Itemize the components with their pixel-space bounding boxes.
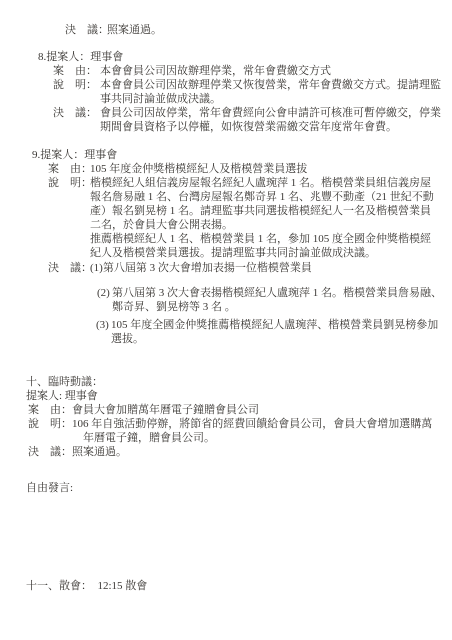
proposal-9-subject: 案 由： 105 年度金仲獎楷模經紀人及楷模營業員選拔 — [48, 162, 452, 176]
motion-resolution: 決 議： 照案通過。 — [28, 445, 452, 459]
subject-label: 案 由： — [48, 162, 90, 176]
proposal-9-header: 9.提案人：理事會 — [32, 148, 452, 162]
motions-header-text: 十、臨時動議： — [26, 375, 452, 389]
resolution-label: 決 議： — [48, 261, 90, 275]
subject-text: 會員大會加贈萬年曆電子鐘贈會員公司 — [72, 403, 452, 417]
explanation-text: 本會會員公司因故辦理停業又恢復營業，常年會費繳交方式。提請理監 事共同討論並做成… — [100, 78, 452, 106]
list-number: (3) — [96, 318, 111, 332]
resolution-label: 決 議： — [28, 445, 72, 459]
resolution-text: 照案通過。 — [72, 445, 452, 459]
adjournment-text: 十一、散會： 12:15 散會 — [26, 579, 452, 593]
motion-proposer: 提案人: 理事會 — [26, 389, 452, 403]
free-speech-text: 自由發言: — [26, 481, 452, 495]
proposal-9-resolution-item-3: (3) 105 年度全國金仲獎推薦楷模經紀人盧琬萍、楷模營業員劉晃榜參加 選拔。 — [96, 318, 452, 346]
subject-text: 本會會員公司因故辦理停業，常年會費繳交方式 — [100, 64, 452, 78]
proposal-9-explanation: 說 明： 楷模經紀人組信義房屋報名經紀人盧琬萍 1 名。楷模營業員組信義房屋 報… — [48, 176, 452, 260]
free-speech-heading: 自由發言: — [26, 481, 452, 495]
motion-proposer-text: 提案人: 理事會 — [26, 389, 452, 403]
proposal-8-header-text: 8.提案人：理事會 — [38, 50, 452, 64]
proposal-8-subject: 案 由： 本會會員公司因故辦理停業，常年會費繳交方式 — [53, 64, 452, 78]
proposal-8-header: 8.提案人：理事會 — [38, 50, 452, 64]
subject-label: 案 由： — [53, 64, 100, 78]
resolution-label: 決 議： — [53, 106, 100, 120]
adjournment-row: 十一、散會： 12:15 散會 — [26, 579, 452, 593]
explanation-label: 說 明： — [48, 176, 90, 190]
subject-text: 105 年度金仲獎楷模經紀人及楷模營業員選拔 — [90, 162, 452, 176]
document-page: 決 議： 照案通過。 8.提案人：理事會 案 由： 本會會員公司因故辦理停業，常… — [0, 0, 452, 640]
motions-header: 十、臨時動議： — [26, 375, 452, 389]
explanation-text: 106 年自強活動停辦，將節省的經費回饋給會員公司，會員大會增加選購萬 年曆電子… — [72, 417, 452, 445]
subject-label: 案 由： — [28, 403, 72, 417]
explanation-text: 楷模經紀人組信義房屋報名經紀人盧琬萍 1 名。楷模營業員組信義房屋 報名詹易融 … — [90, 176, 452, 260]
proposal-9-header-text: 9.提案人：理事會 — [32, 148, 452, 162]
list-number: (2) — [97, 286, 112, 300]
motion-subject: 案 由： 會員大會加贈萬年曆電子鐘贈會員公司 — [28, 403, 452, 417]
proposal-8-resolution: 決 議： 會員公司因故停業，常年會費經向公會申請許可核准可暫停繳交，停業 期間會… — [53, 106, 452, 134]
explanation-label: 說 明： — [53, 78, 100, 92]
resolution-item-3-text: 105 年度全國金仲獎推薦楷模經紀人盧琬萍、楷模營業員劉晃榜參加 選拔。 — [111, 318, 452, 346]
resolution-label: 決 議： — [65, 23, 107, 37]
resolution-text: 照案通過。 — [107, 23, 452, 37]
resolution-text: 會員公司因故停業，常年會費經向公會申請許可核准可暫停繳交，停業 期間會員資格予以… — [100, 106, 452, 134]
proposal-9-resolution: 決 議： (1)第八屆第 3 次大會增加表揚一位楷模營業員 — [48, 261, 452, 275]
resolution-item-1: (1)第八屆第 3 次大會增加表揚一位楷模營業員 — [90, 261, 452, 275]
previous-item-resolution: 決 議： 照案通過。 — [65, 23, 452, 37]
proposal-9-resolution-item-2: (2) 第八屆第 3 次大會表揚楷模經紀人盧琬萍 1 名。楷模營業員詹易融、 鄭… — [97, 286, 452, 314]
proposal-8-explanation: 說 明： 本會會員公司因故辦理停業又恢復營業，常年會費繳交方式。提請理監 事共同… — [53, 78, 452, 106]
resolution-item-2-text: 第八屆第 3 次大會表揚楷模經紀人盧琬萍 1 名。楷模營業員詹易融、 鄭奇昇、劉… — [112, 286, 452, 314]
explanation-label: 說 明： — [28, 417, 72, 431]
motion-explanation: 說 明： 106 年自強活動停辦，將節省的經費回饋給會員公司，會員大會增加選購萬… — [28, 417, 452, 445]
